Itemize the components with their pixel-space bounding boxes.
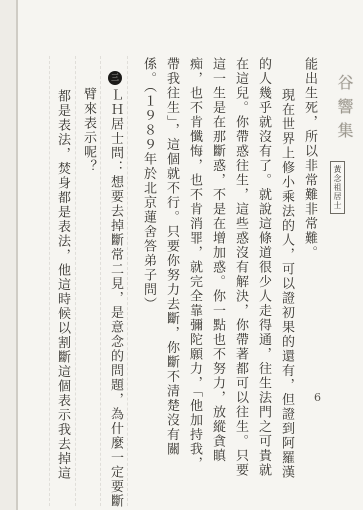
text-column-3: 的人幾乎就沒有了。就說這條道很少人走得通，往生法門之可貴就 [252, 57, 275, 478]
book-page-scan: 谷響集 黃念祖居士 6 能出生死，所以非常難非常難。 現在世界上修小乘法的人，可… [0, 0, 363, 510]
page-spine-line [16, 0, 18, 510]
text-column-4: 在這兒。你帶惑往生，這些惑沒有解決，你帶著都可以往生。只要 [229, 57, 252, 478]
page-number: 6 [314, 391, 321, 404]
column-guide-line [127, 56, 128, 506]
text-column-5: 這一生是在那斷惑，不是在增加惑。你一點也不努力，放縱貪瞋 [206, 57, 229, 463]
column-guide-line [100, 56, 101, 506]
text-column-7: 帶我往生」，這個就不行。只要你努力去斷，你斷不清楚沒有關 [160, 57, 183, 457]
text-column-2: 現在世界上修小乘法的人，可以證初果的還有，但證到阿羅漢 [275, 88, 298, 480]
answer-text-column: 都是表法，焚身都是表法，他這時候以割斷這個表示我去掉這 [51, 89, 74, 481]
text-column-1: 能出生死，所以非常難非常難。 [298, 57, 321, 260]
book-title-calligraphy: 谷響集 [331, 74, 357, 146]
text-column-8: 係。（１９８９年於北京蓮舍答弟子問） [137, 57, 160, 312]
scan-edge-band [0, 0, 16, 510]
column-guide-line [75, 56, 76, 506]
question-text-column-2: 臂來表示呢？ [77, 87, 100, 174]
column-guide-line [49, 56, 50, 506]
question-text-column: ＬＨ居士問：想要去掉斷常二見，是意念的問題，為什麼一定要斷 [104, 88, 127, 509]
question-number-badge: 三 [108, 71, 122, 85]
author-label-box: 黃念祖居士 [330, 161, 345, 214]
text-column-6: 痴，也不肯懺悔，也不肯消罪，就完全靠彌陀願力，「他加持我， [183, 57, 206, 471]
